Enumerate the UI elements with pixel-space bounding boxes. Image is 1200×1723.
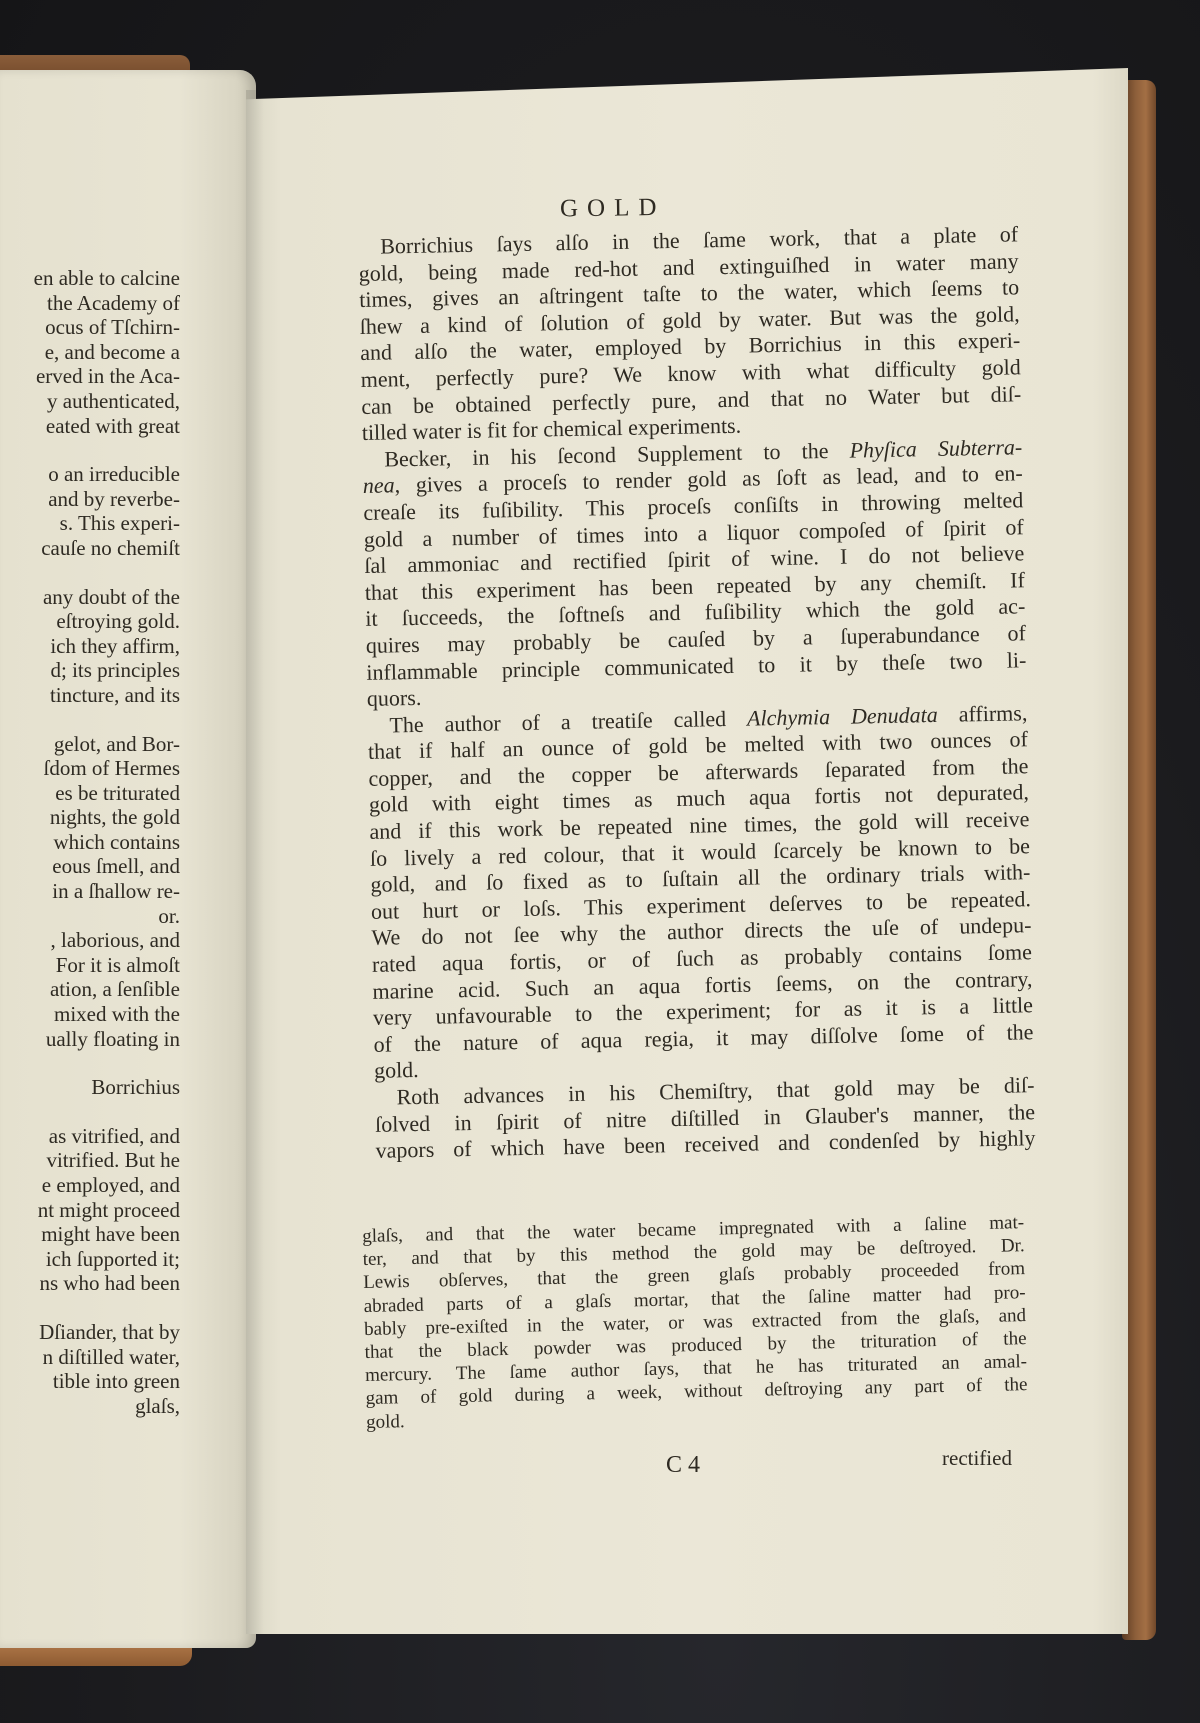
left-page-line: cauſe no chemiſt bbox=[0, 536, 180, 561]
italic-title: Alchymia Denudata bbox=[747, 702, 938, 731]
left-page-line: d; its principles bbox=[0, 658, 180, 683]
left-page-line: erved in the Aca- bbox=[0, 364, 180, 389]
gutter-shadow bbox=[246, 90, 264, 1634]
main-body-text: Borrichius ſays alſo in the ſame work, t… bbox=[358, 221, 1036, 1164]
left-page-line: and by reverbe- bbox=[0, 487, 180, 512]
left-page-line: the Academy of bbox=[0, 291, 180, 316]
left-page-line: as vitrified, and bbox=[0, 1124, 180, 1149]
left-page-line: nights, the gold bbox=[0, 805, 180, 830]
left-page-line: nt might proceed bbox=[0, 1198, 180, 1223]
signature-mark: C 4 bbox=[666, 1452, 700, 1479]
left-page-verso: en able to calcinethe Academy ofocus of … bbox=[0, 70, 256, 1648]
left-page-line: glaſs, bbox=[0, 1394, 180, 1419]
left-page-line: eous ſmell, and bbox=[0, 854, 180, 879]
left-page-line: mixed with the bbox=[0, 1002, 180, 1027]
left-page-line: ich they affirm, bbox=[0, 634, 180, 659]
left-page-text: en able to calcinethe Academy ofocus of … bbox=[0, 266, 180, 1418]
italic-title: Phyſica Subterra- bbox=[849, 434, 1022, 462]
left-page-line: might have been bbox=[0, 1222, 180, 1247]
left-page-line: eated with great bbox=[0, 414, 180, 439]
left-page-line: Borrichius bbox=[0, 1075, 180, 1100]
running-head: GOLD bbox=[560, 193, 760, 224]
left-page-line: or. bbox=[0, 904, 180, 929]
left-page-line: y authenticated, bbox=[0, 389, 180, 414]
italic-title: nea bbox=[363, 473, 395, 499]
left-page-line: ns who had been bbox=[0, 1271, 180, 1296]
left-page-line: s. This experi- bbox=[0, 511, 180, 536]
left-page-line: o an irreducible bbox=[0, 462, 180, 487]
left-page-line: ich ſupported it; bbox=[0, 1247, 180, 1272]
left-page-line: en able to calcine bbox=[0, 266, 180, 291]
left-line-gap bbox=[0, 1100, 180, 1124]
left-page-line: vitrified. But he bbox=[0, 1148, 180, 1173]
left-page-line: e, and become a bbox=[0, 340, 180, 365]
left-line-gap bbox=[0, 708, 180, 732]
left-page-line: which contains bbox=[0, 830, 180, 855]
left-page-line: any doubt of the bbox=[0, 585, 180, 610]
left-line-gap bbox=[0, 561, 180, 585]
left-page-line: es be triturated bbox=[0, 781, 180, 806]
footnote-text: glaſs, and that the water became impregn… bbox=[362, 1211, 1028, 1434]
left-line-gap bbox=[0, 1296, 180, 1320]
left-page-line: ocus of Tſchirn- bbox=[0, 315, 180, 340]
left-page-line: Dſiander, that by bbox=[0, 1320, 180, 1345]
left-line-gap bbox=[0, 438, 180, 462]
left-page-line: , laborious, and bbox=[0, 928, 180, 953]
left-page-line: e employed, and bbox=[0, 1173, 180, 1198]
left-page-line: ually floating in bbox=[0, 1027, 180, 1052]
left-page-line: gelot, and Bor- bbox=[0, 732, 180, 757]
left-page-line: tible into green bbox=[0, 1369, 180, 1394]
left-line-gap bbox=[0, 1051, 180, 1075]
catchword: rectified bbox=[942, 1446, 1012, 1471]
left-page-line: eſtroying gold. bbox=[0, 609, 180, 634]
left-page-line: in a ſhallow re- bbox=[0, 879, 180, 904]
left-page-line: tincture, and its bbox=[0, 683, 180, 708]
left-page-line: ſdom of Hermes bbox=[0, 756, 180, 781]
left-page-line: For it is almoſt bbox=[0, 953, 180, 978]
left-page-line: ation, a ſenſible bbox=[0, 977, 180, 1002]
left-page-line: n diſtilled water, bbox=[0, 1345, 180, 1370]
